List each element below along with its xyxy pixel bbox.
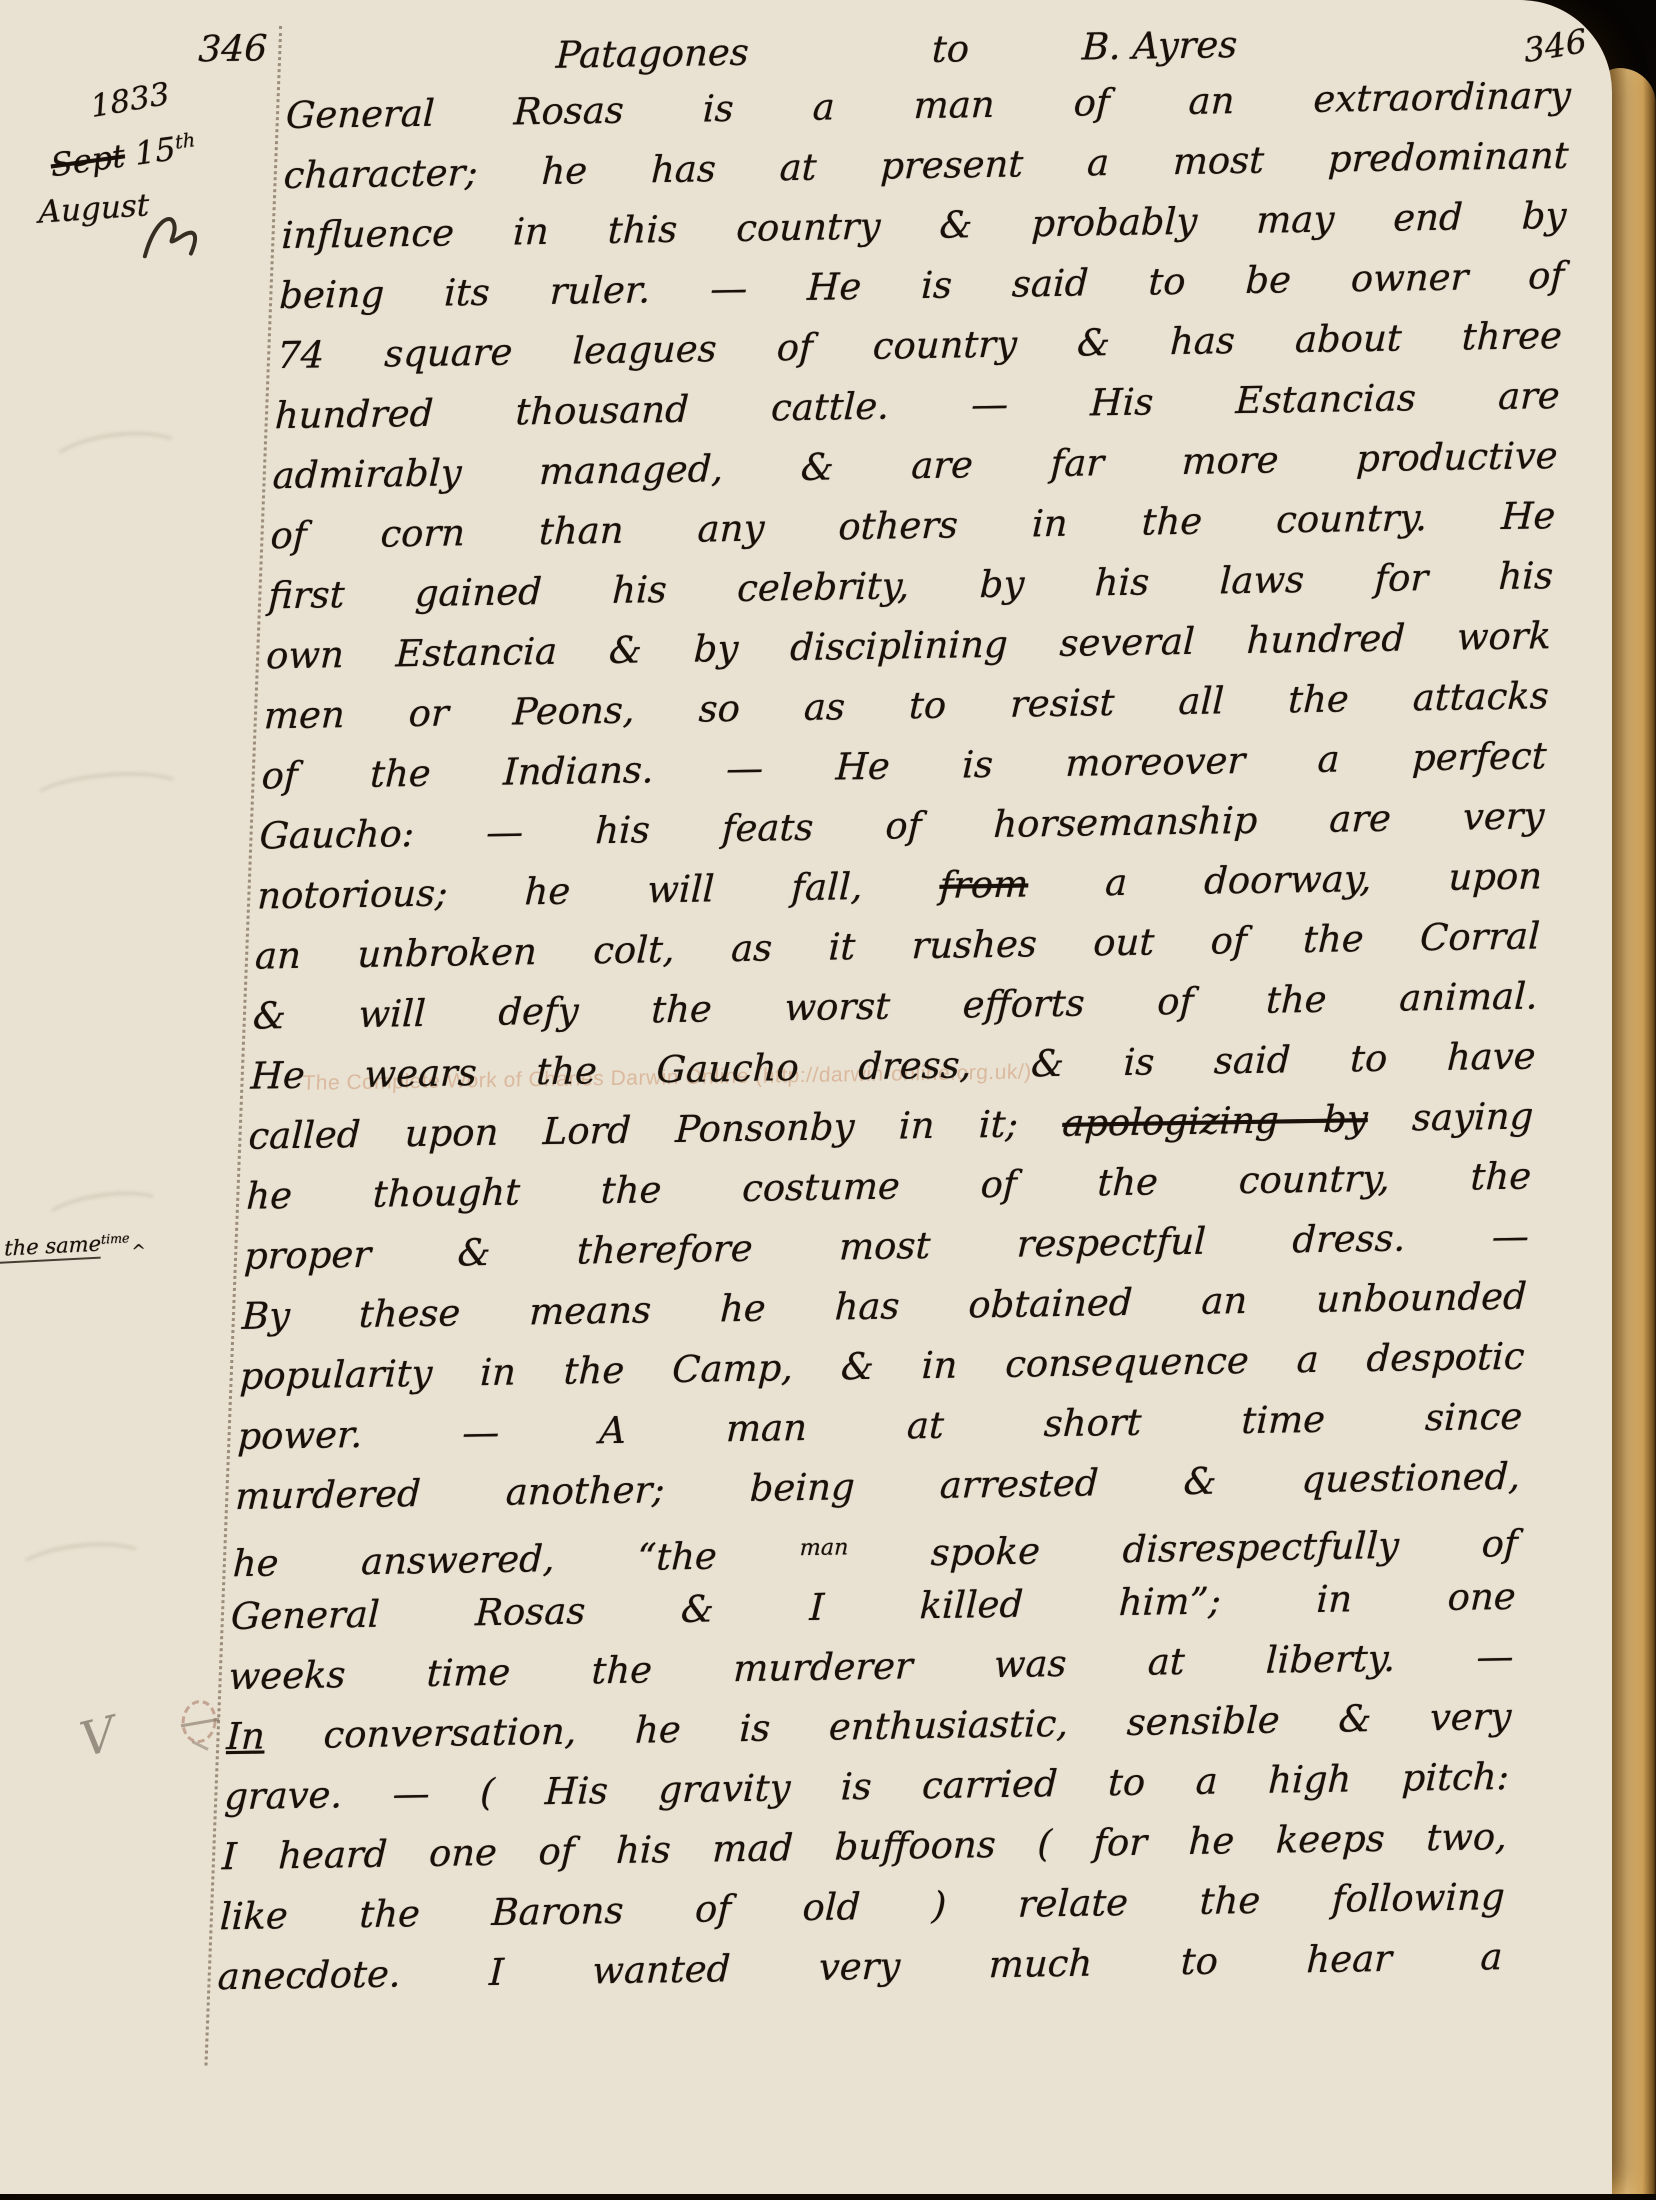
manuscript-segment: men or Peons, so as to resist all the at… <box>263 674 1549 737</box>
manuscript-segment: admirably managed, & are far more produc… <box>272 434 1558 497</box>
circled-editor-mark <box>174 1695 228 1758</box>
flourish-mark <box>139 207 213 266</box>
manuscript-segment: General Rosas is a man of an extraordina… <box>285 74 1571 137</box>
ink-bleed-smudge <box>14 1537 149 1594</box>
manuscript-segment: conversation, he is enthusiastic, sensib… <box>264 1695 1512 1758</box>
insertion-text: at the same <box>0 1232 101 1265</box>
margin-month-corrected: August <box>38 187 149 230</box>
book-photo: 346 Patagones to B. Ayres 346 1833 Sept … <box>0 0 1656 2194</box>
page-content: 346 Patagones to B. Ayres 346 1833 Sept … <box>0 0 1614 2194</box>
manuscript-segment: he thought the costume of the country, t… <box>246 1155 1532 1218</box>
manuscript-segment-strike: apologizing by <box>1062 1097 1369 1145</box>
manuscript-segment: I heard one of his mad buffoons ( for he… <box>221 1815 1507 1878</box>
manuscript-segment: own Estancia & by disciplining several h… <box>265 614 1551 677</box>
insertion-caret-mark: ^ <box>131 1241 145 1262</box>
manuscript-segment: saying <box>1367 1095 1534 1141</box>
manuscript-segment-und: In <box>226 1715 266 1759</box>
manuscript-segment: & will defy the worst efforts of the ani… <box>252 974 1538 1037</box>
body-text: General Rosas is a man of an extraordina… <box>217 66 1572 2008</box>
page-number-right: 346 <box>1522 21 1589 70</box>
manuscript-segment: He wears the Gaucho dress, & is said to … <box>250 1034 1536 1097</box>
pencil-check-mark: V <box>76 1706 121 1769</box>
manuscript-segment: of corn than any others in the country. … <box>270 494 1556 557</box>
manuscript-segment: notorious; he will fall, <box>257 864 941 918</box>
ink-bleed-smudge <box>27 766 187 825</box>
running-header-origin: Patagones <box>555 31 749 77</box>
margin-day: 15 <box>133 129 177 172</box>
manuscript-segment: an unbroken colt, as it rushes out of th… <box>254 914 1540 977</box>
manuscript-segment: character; he has at present a most pred… <box>283 134 1569 197</box>
manuscript-segment-strike: from <box>939 862 1029 906</box>
manuscript-segment: anecdote. I wanted very much to hear a <box>217 1935 1503 1998</box>
manuscript-segment: called upon Lord Ponsonby in it; <box>248 1102 1063 1158</box>
manuscript-segment: hundred thousand cattle. — His Estancias… <box>274 374 1560 437</box>
manuscript-segment: he answered, “the <box>232 1533 800 1585</box>
manuscript-segment: a doorway, upon <box>1027 854 1542 905</box>
manuscript-segment: proper & therefore most respectful dress… <box>243 1215 1529 1278</box>
running-header-destination: B. Ayres <box>1081 23 1238 68</box>
margin-year: 1833 <box>89 76 172 125</box>
manuscript-segment: General Rosas & I killed him”; in one <box>230 1575 1516 1638</box>
running-header-to: to <box>931 27 970 71</box>
margin-date: Sept 15th <box>49 127 197 185</box>
margin-month-struck: Sept <box>49 136 126 184</box>
manuscript-segment: murdered another; being arrested & quest… <box>235 1455 1521 1518</box>
manuscript-segment-sup: man <box>799 1534 849 1561</box>
manuscript-segment: Gaucho: — his feats of horsemanship are … <box>259 794 1545 857</box>
manuscript-segment: like the Barons of old ) relate the foll… <box>219 1875 1505 1938</box>
margin-day-suffix: th <box>174 128 196 154</box>
ink-bleed-smudge <box>46 425 187 493</box>
manuscript-segment: power. — A man at short time since <box>237 1395 1523 1458</box>
insertion-superscript: time <box>101 1230 130 1246</box>
manuscript-segment: first gained his celebrity, by his laws … <box>268 554 1554 617</box>
manuscript-segment: being its ruler. — He is said to be owne… <box>279 254 1565 317</box>
margin-insertion-note: at the sametime^ <box>0 1229 144 1261</box>
manuscript-segment: influence in this country & probably may… <box>281 194 1567 257</box>
page-number-left: 346 <box>198 28 268 70</box>
manuscript-segment: grave. — ( His gravity is carried to a h… <box>224 1755 1510 1818</box>
manuscript-segment: By these means he has obtained an unboun… <box>241 1275 1527 1338</box>
manuscript-segment: popularity in the Camp, & in consequence… <box>239 1335 1525 1398</box>
manuscript-segment: 74 square leagues of country & has about… <box>276 314 1562 377</box>
manuscript-page: 346 Patagones to B. Ayres 346 1833 Sept … <box>0 0 1612 2194</box>
manuscript-segment: weeks time the murderer was at liberty. … <box>228 1635 1514 1698</box>
manuscript-segment: of the Indians. — He is moreover a perfe… <box>261 734 1547 797</box>
